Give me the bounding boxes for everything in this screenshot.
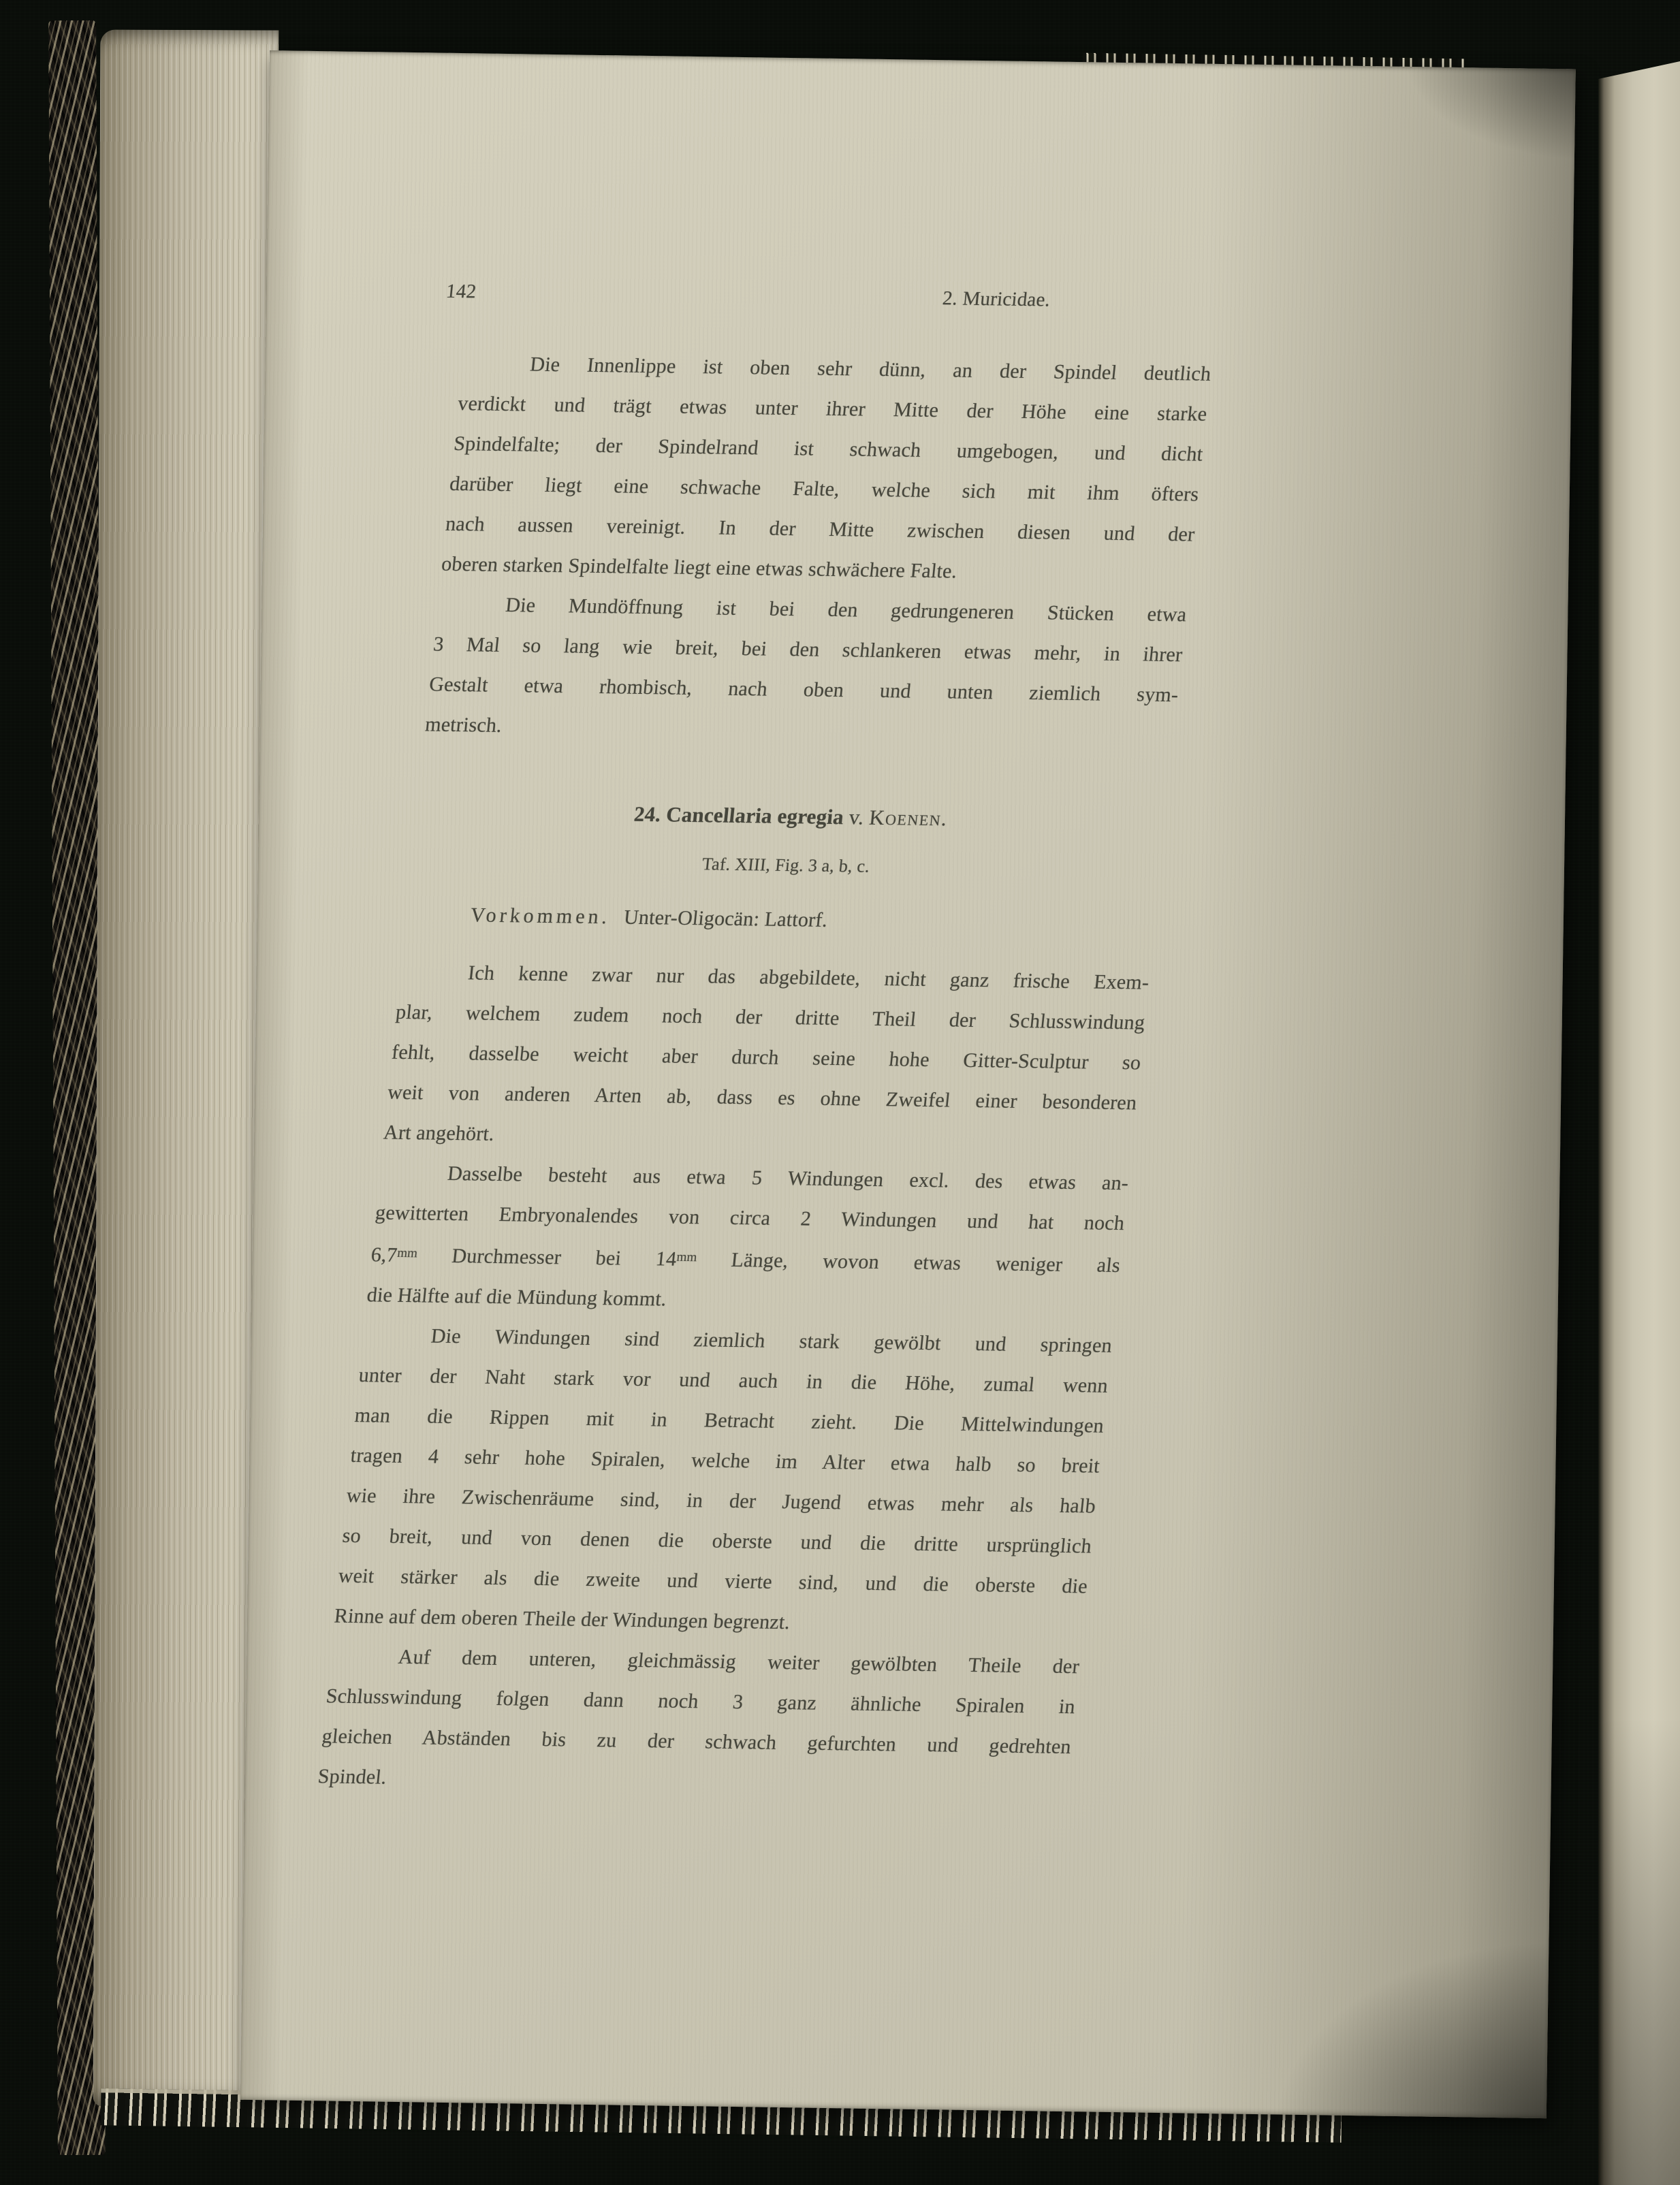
page-corner-shadow-top-right [1370, 66, 1576, 178]
plate-reference: Taf. XIII, Fig. 3 a, b, c. [410, 846, 1162, 884]
text-column: 142 2. Muricidae. Die Innenlippe ist obe… [316, 278, 1220, 1807]
superscript-unit: mm [676, 1250, 698, 1264]
page-header: 142 2. Muricidae. [468, 278, 1220, 316]
text-body: Die Innenlippe ist oben sehr dünn, an de… [316, 343, 1213, 1807]
paragraph: Die Innenlippe ist oben sehr dünn, an de… [439, 343, 1213, 594]
running-title: 2. Muricidae. [941, 285, 1051, 313]
species-heading: 24. Cancellaria egregia v. Koenen. [414, 791, 1167, 842]
book-page: 142 2. Muricidae. Die Innenlippe ist obe… [240, 50, 1576, 2118]
occurrence-label: Vorkommen. [469, 904, 612, 928]
paragraph: Die Windungen sind ziemlich stark gewölb… [332, 1315, 1114, 1646]
page-number: 142 [445, 278, 477, 306]
facing-page-edge [1598, 61, 1680, 2185]
heading-run: Koenen. [868, 806, 949, 831]
heading-run: 24. Cancellaria egregia [633, 802, 850, 829]
paragraph: Die Mundöffnung ist bei den gedrungenere… [423, 584, 1188, 755]
heading-run: v. [848, 805, 870, 829]
paragraph: Ich kenne zwar nur das abgebildete, nich… [381, 952, 1151, 1163]
book-photo: 142 2. Muricidae. Die Innenlippe ist obe… [0, 0, 1680, 2185]
paragraph: Auf dem unteren, gleichmässig weiter gew… [316, 1636, 1081, 1807]
paragraph: Dasselbe besteht aus etwa 5 Windungen ex… [365, 1153, 1130, 1326]
page-corner-shadow-bottom-right [1233, 1910, 1549, 2119]
superscript-unit: mm [396, 1246, 418, 1260]
occurrence-line: Vorkommen.Unter-Oligocän: Lattorf. [404, 894, 1157, 945]
